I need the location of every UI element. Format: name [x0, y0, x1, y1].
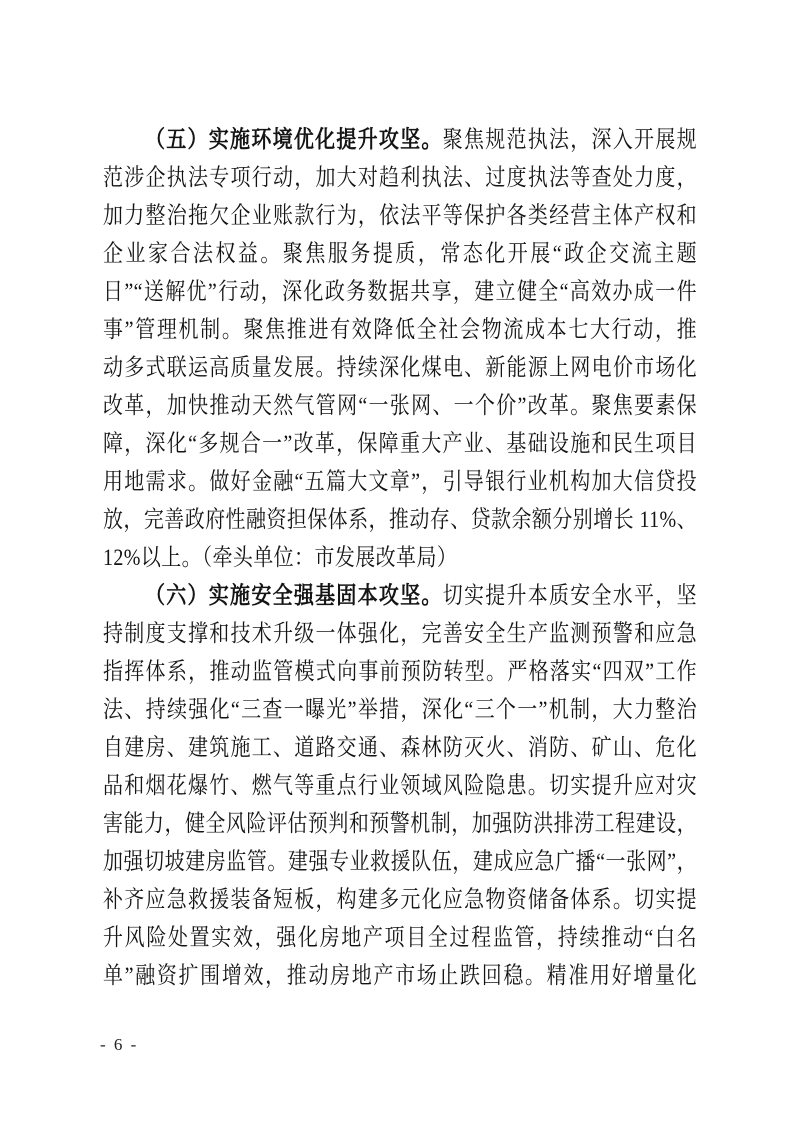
document-body: （五）实施环境优化提升攻坚。聚焦规范执法，深入开展规 范涉企执法专项行动，加大对… — [103, 121, 697, 995]
page-number: - 6 - — [100, 1035, 138, 1055]
para-5-heading: （五）实施环境优化提升攻坚。 — [145, 127, 443, 153]
para-5-heading-rest: 聚焦规范执法，深入开展规 — [443, 127, 697, 153]
para-6-heading-rest: 切实提升本质安全水平，坚 — [443, 583, 697, 609]
document-page: （五）实施环境优化提升攻坚。聚焦规范执法，深入开展规 范涉企执法专项行动，加大对… — [0, 0, 793, 1122]
para-6-line-11: 单”融资扩围增效，推动房地产市场止跌回稳。精准用好增量化 — [103, 954, 697, 998]
para-6-heading: （六）实施安全强基固本攻坚。 — [145, 583, 443, 609]
